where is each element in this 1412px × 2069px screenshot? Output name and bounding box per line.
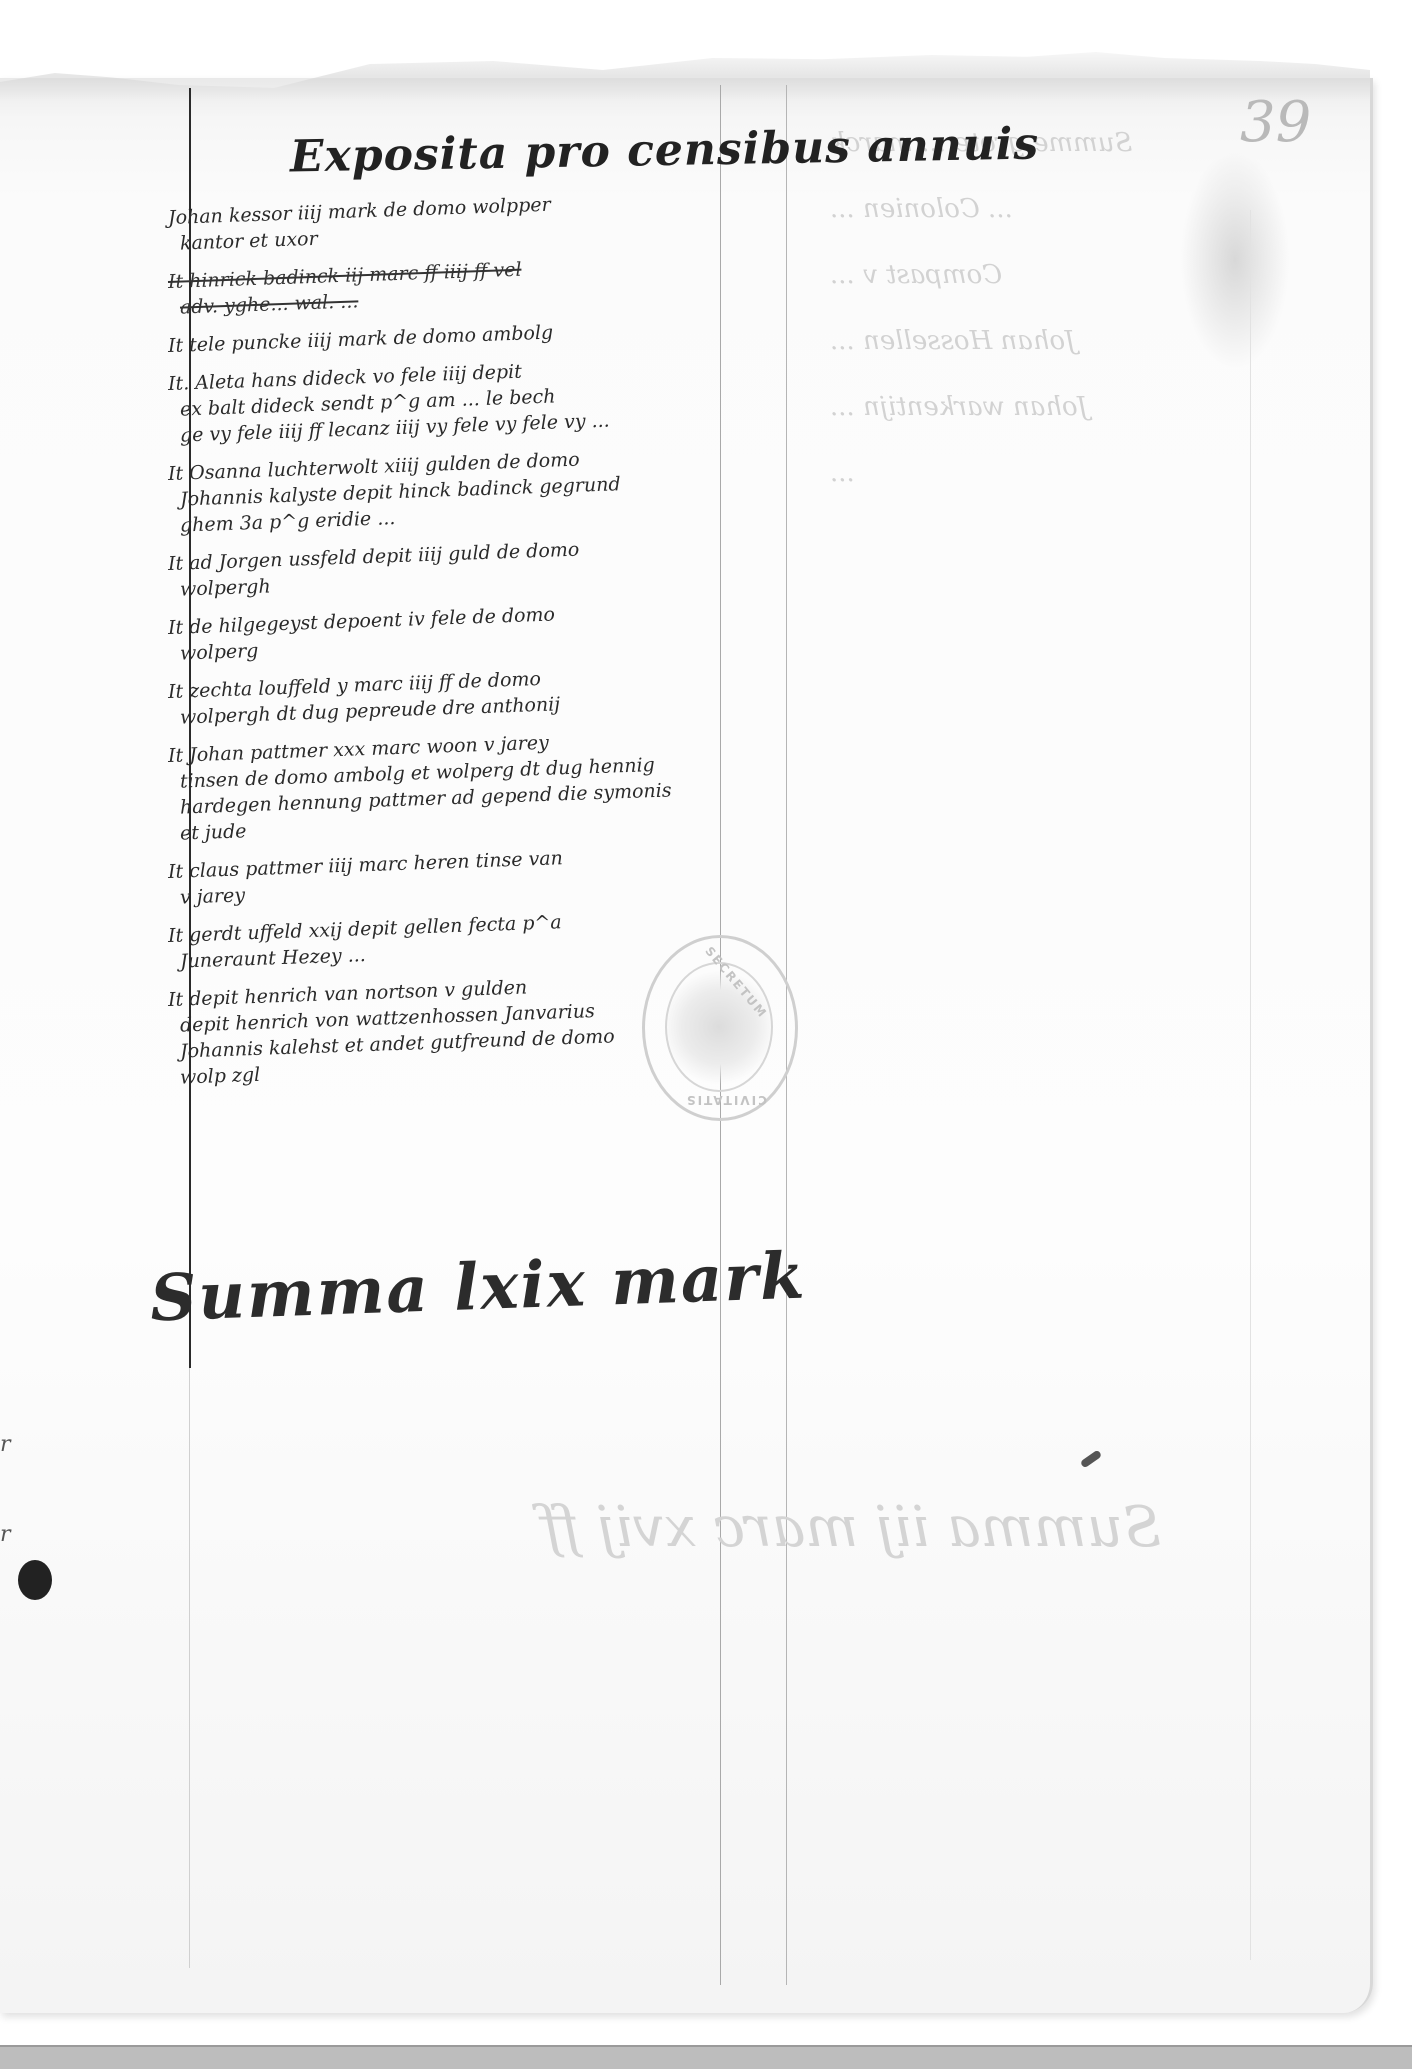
archive-seal-stamp: SECRETUM CIVITATIS: [642, 935, 798, 1121]
list-item-struck: It hinrick badinck iij marc ff iiij ff v…: [168, 269, 758, 321]
bleed-line: ...: [830, 440, 1260, 506]
margin-mark: r: [0, 1432, 11, 1457]
bleed-line: Johan Hossellen ...: [830, 308, 1260, 374]
bleed-line: ... Colonien ...: [830, 176, 1260, 242]
list-item: It zechta louffeld y marc iiij ff de dom…: [168, 679, 758, 731]
list-item: Johan kessor iiij mark de domo wolpper k…: [168, 205, 758, 257]
list-item: It Johan pattmer xxx marc woon v jarey t…: [168, 743, 758, 847]
ruled-margin-line-faint: [189, 1368, 190, 1968]
bleed-through-sum: Summa iij marc xvij ff: [540, 1495, 1161, 1560]
folio-number: 39: [1240, 90, 1311, 155]
bleed-line: Johan warkentijn ...: [830, 374, 1260, 440]
seal-emblem-icon: [665, 962, 773, 1092]
scan-background-strip: [0, 2045, 1412, 2069]
seal-legend-bottom: CIVITATIS: [685, 1093, 767, 1107]
bleed-line: Compast v ...: [830, 242, 1260, 308]
list-item: It Osanna luchterwolt xiiij gulden de do…: [168, 461, 758, 539]
list-item: It claus pattmer iiij marc heren tinse v…: [168, 859, 758, 911]
ink-blot: [18, 1560, 52, 1600]
list-item: It. Aleta hans dideck vo fele iiij depit…: [168, 371, 758, 449]
list-item: It de hilgegeyst depoent iv fele de domo…: [168, 615, 758, 667]
torn-top-edge: [0, 40, 1370, 100]
margin-mark: r: [0, 1522, 11, 1547]
list-item: It ad Jorgen ussfeld depit iiij guld de …: [168, 551, 758, 603]
